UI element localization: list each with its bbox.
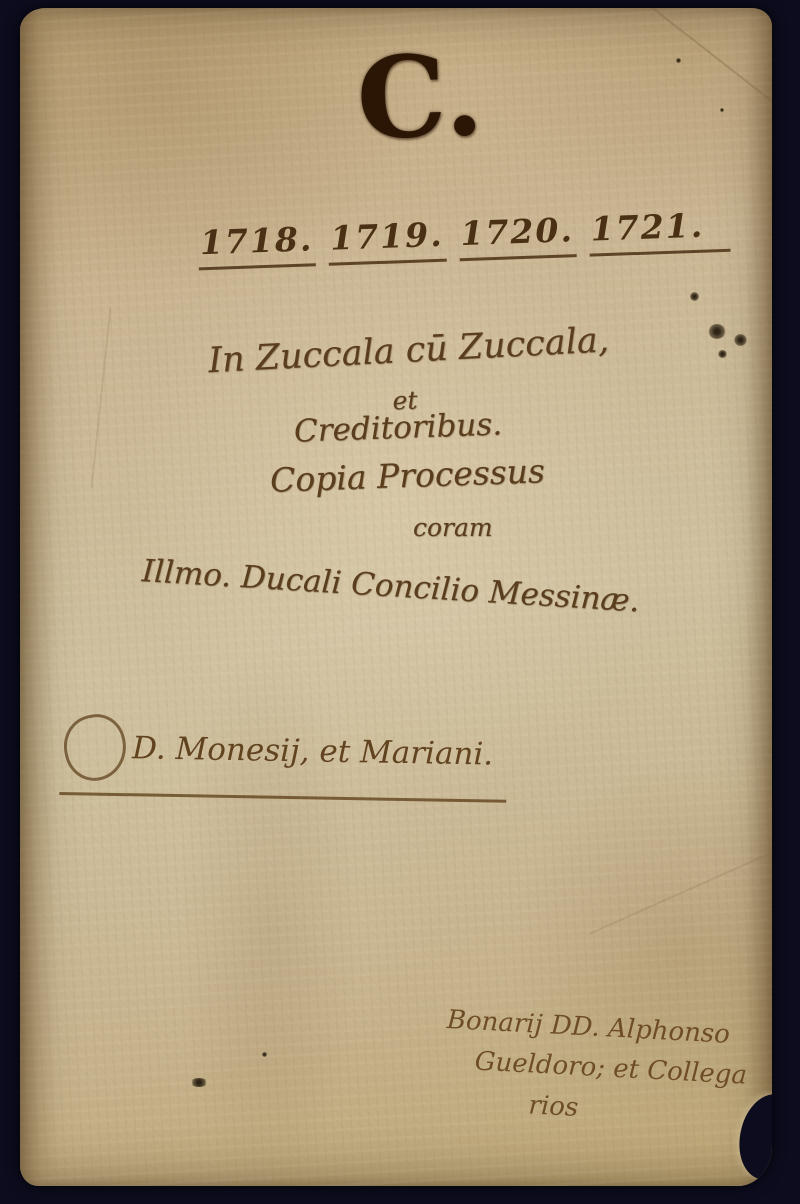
book-spine-shading — [20, 8, 56, 1186]
ink-blot — [734, 334, 747, 346]
cover-letter: C. — [318, 39, 522, 158]
ink-blot — [690, 292, 699, 301]
years-line: 1718.1719.1720.1721. — [197, 209, 618, 271]
title-line-copia-processus: Copia Processus — [269, 451, 545, 500]
year-1718: 1718. — [197, 219, 316, 270]
ink-blot — [262, 1052, 267, 1057]
title-line-parties: In Zuccala cū Zuccala, — [207, 319, 639, 381]
photo-background: C. 1718.1719.1720.1721. In Zuccala cū Zu… — [0, 0, 800, 1204]
year-1719: 1719. — [328, 215, 447, 266]
ink-blot — [708, 324, 726, 339]
year-1720: 1720. — [458, 210, 577, 261]
notary-annotation: Bonarij DD. Alphonso Gueldoro; et Colleg… — [442, 1000, 772, 1139]
ink-blot — [720, 108, 724, 112]
title-line-creditors: Creditoribus. — [293, 406, 502, 449]
paraph-flourish — [58, 709, 131, 786]
ink-blot — [676, 58, 681, 63]
manuscript-cover: C. 1718.1719.1720.1721. In Zuccala cū Zu… — [20, 8, 772, 1186]
title-line-coram: coram — [413, 513, 493, 542]
right-edge-shading — [746, 8, 772, 1186]
paper-crease — [91, 308, 112, 487]
party-line: D. Monesij, et Mariani. — [59, 714, 508, 803]
party-line-text: D. Monesij, et Mariani. — [132, 730, 494, 772]
paper-crease — [589, 843, 772, 934]
year-1721: 1721. — [588, 205, 731, 257]
ink-blot — [190, 1078, 208, 1087]
title-line-tribunal: Illmo. Ducali Concilio Messinæ. — [141, 553, 641, 619]
ink-blot — [718, 350, 727, 358]
